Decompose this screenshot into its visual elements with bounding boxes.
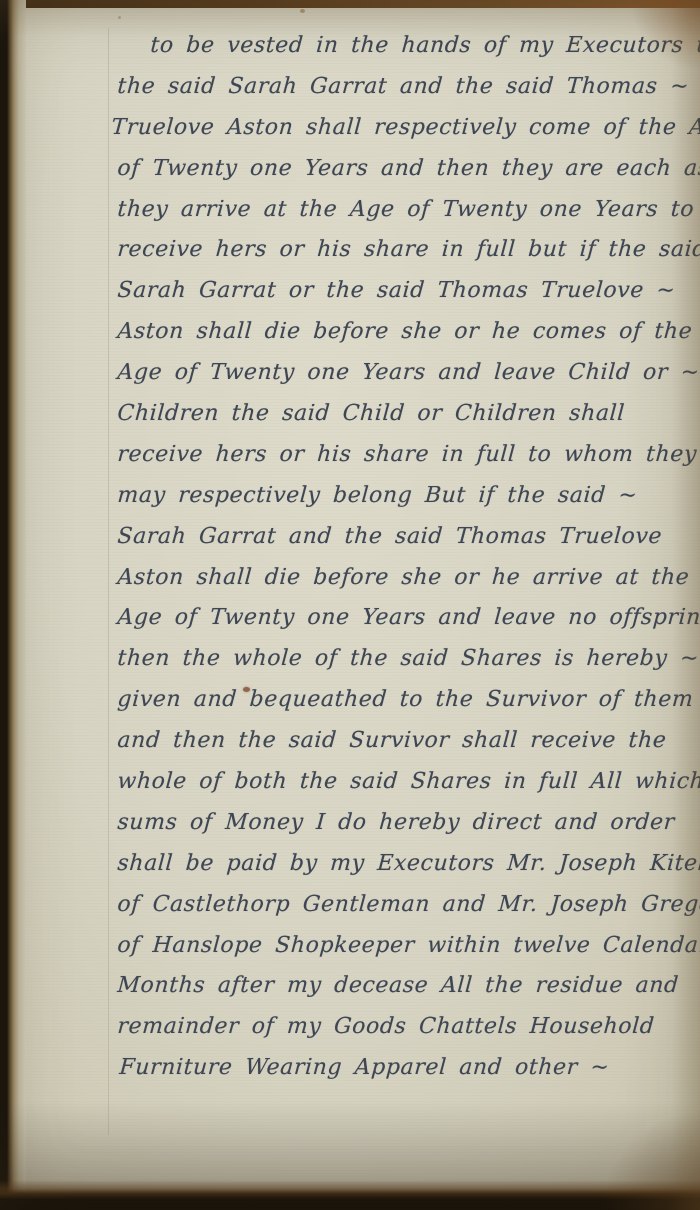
book-edge-top	[0, 0, 700, 8]
text-line: Furniture Wearing Apparel and other ~	[116, 1048, 695, 1089]
text-line: Children the said Child or Children shal…	[116, 394, 695, 435]
text-line: receive hers or his share in full but if…	[116, 230, 695, 271]
text-line: sums of Money I do hereby direct and ord…	[116, 803, 695, 844]
text-line: whole of both the said Shares in full Al…	[116, 762, 695, 803]
text-line: of Hanslope Shopkeeper within twelve Cal…	[116, 926, 695, 967]
text-line: Sarah Garrat and the said Thomas Truelov…	[116, 517, 695, 558]
margin-rule-line	[108, 28, 109, 1135]
book-binding-left	[0, 0, 26, 1210]
text-line: of Twenty one Years and then they are ea…	[116, 149, 695, 190]
text-line: may respectively belong But if the said …	[116, 476, 695, 517]
text-line: Age of Twenty one Years and leave Child …	[116, 353, 695, 394]
text-line: then the whole of the said Shares is her…	[116, 639, 695, 680]
text-line: receive hers or his share in full to who…	[116, 435, 695, 476]
text-line: they arrive at the Age of Twenty one Yea…	[116, 190, 695, 231]
text-line: to be vested in the hands of my Executor…	[116, 26, 695, 67]
text-line: Sarah Garrat or the said Thomas Truelove…	[116, 271, 695, 312]
handwritten-text-block: to be vested in the hands of my Executor…	[116, 26, 692, 1089]
text-line: the said Sarah Garrat and the said Thoma…	[116, 67, 695, 108]
text-line: shall be paid by my Executors Mr. Joseph…	[116, 844, 695, 885]
text-line: and then the said Survivor shall receive…	[116, 721, 695, 762]
text-line: of Castlethorp Gentleman and Mr. Joseph …	[116, 885, 695, 926]
text-line: Truelove Aston shall respectively come o…	[110, 108, 695, 149]
manuscript-photo: to be vested in the hands of my Executor…	[0, 0, 700, 1210]
text-line: given and bequeathed to the Survivor of …	[116, 680, 695, 721]
text-line: remainder of my Goods Chattels Household	[116, 1007, 695, 1048]
text-line: Aston shall die before she or he arrive …	[116, 558, 695, 599]
text-line: Age of Twenty one Years and leave no off…	[116, 598, 695, 639]
text-line: Months after my decease All the residue …	[116, 966, 695, 1007]
text-line: Aston shall die before she or he comes o…	[116, 312, 695, 353]
table-edge-bottom	[0, 1180, 700, 1210]
